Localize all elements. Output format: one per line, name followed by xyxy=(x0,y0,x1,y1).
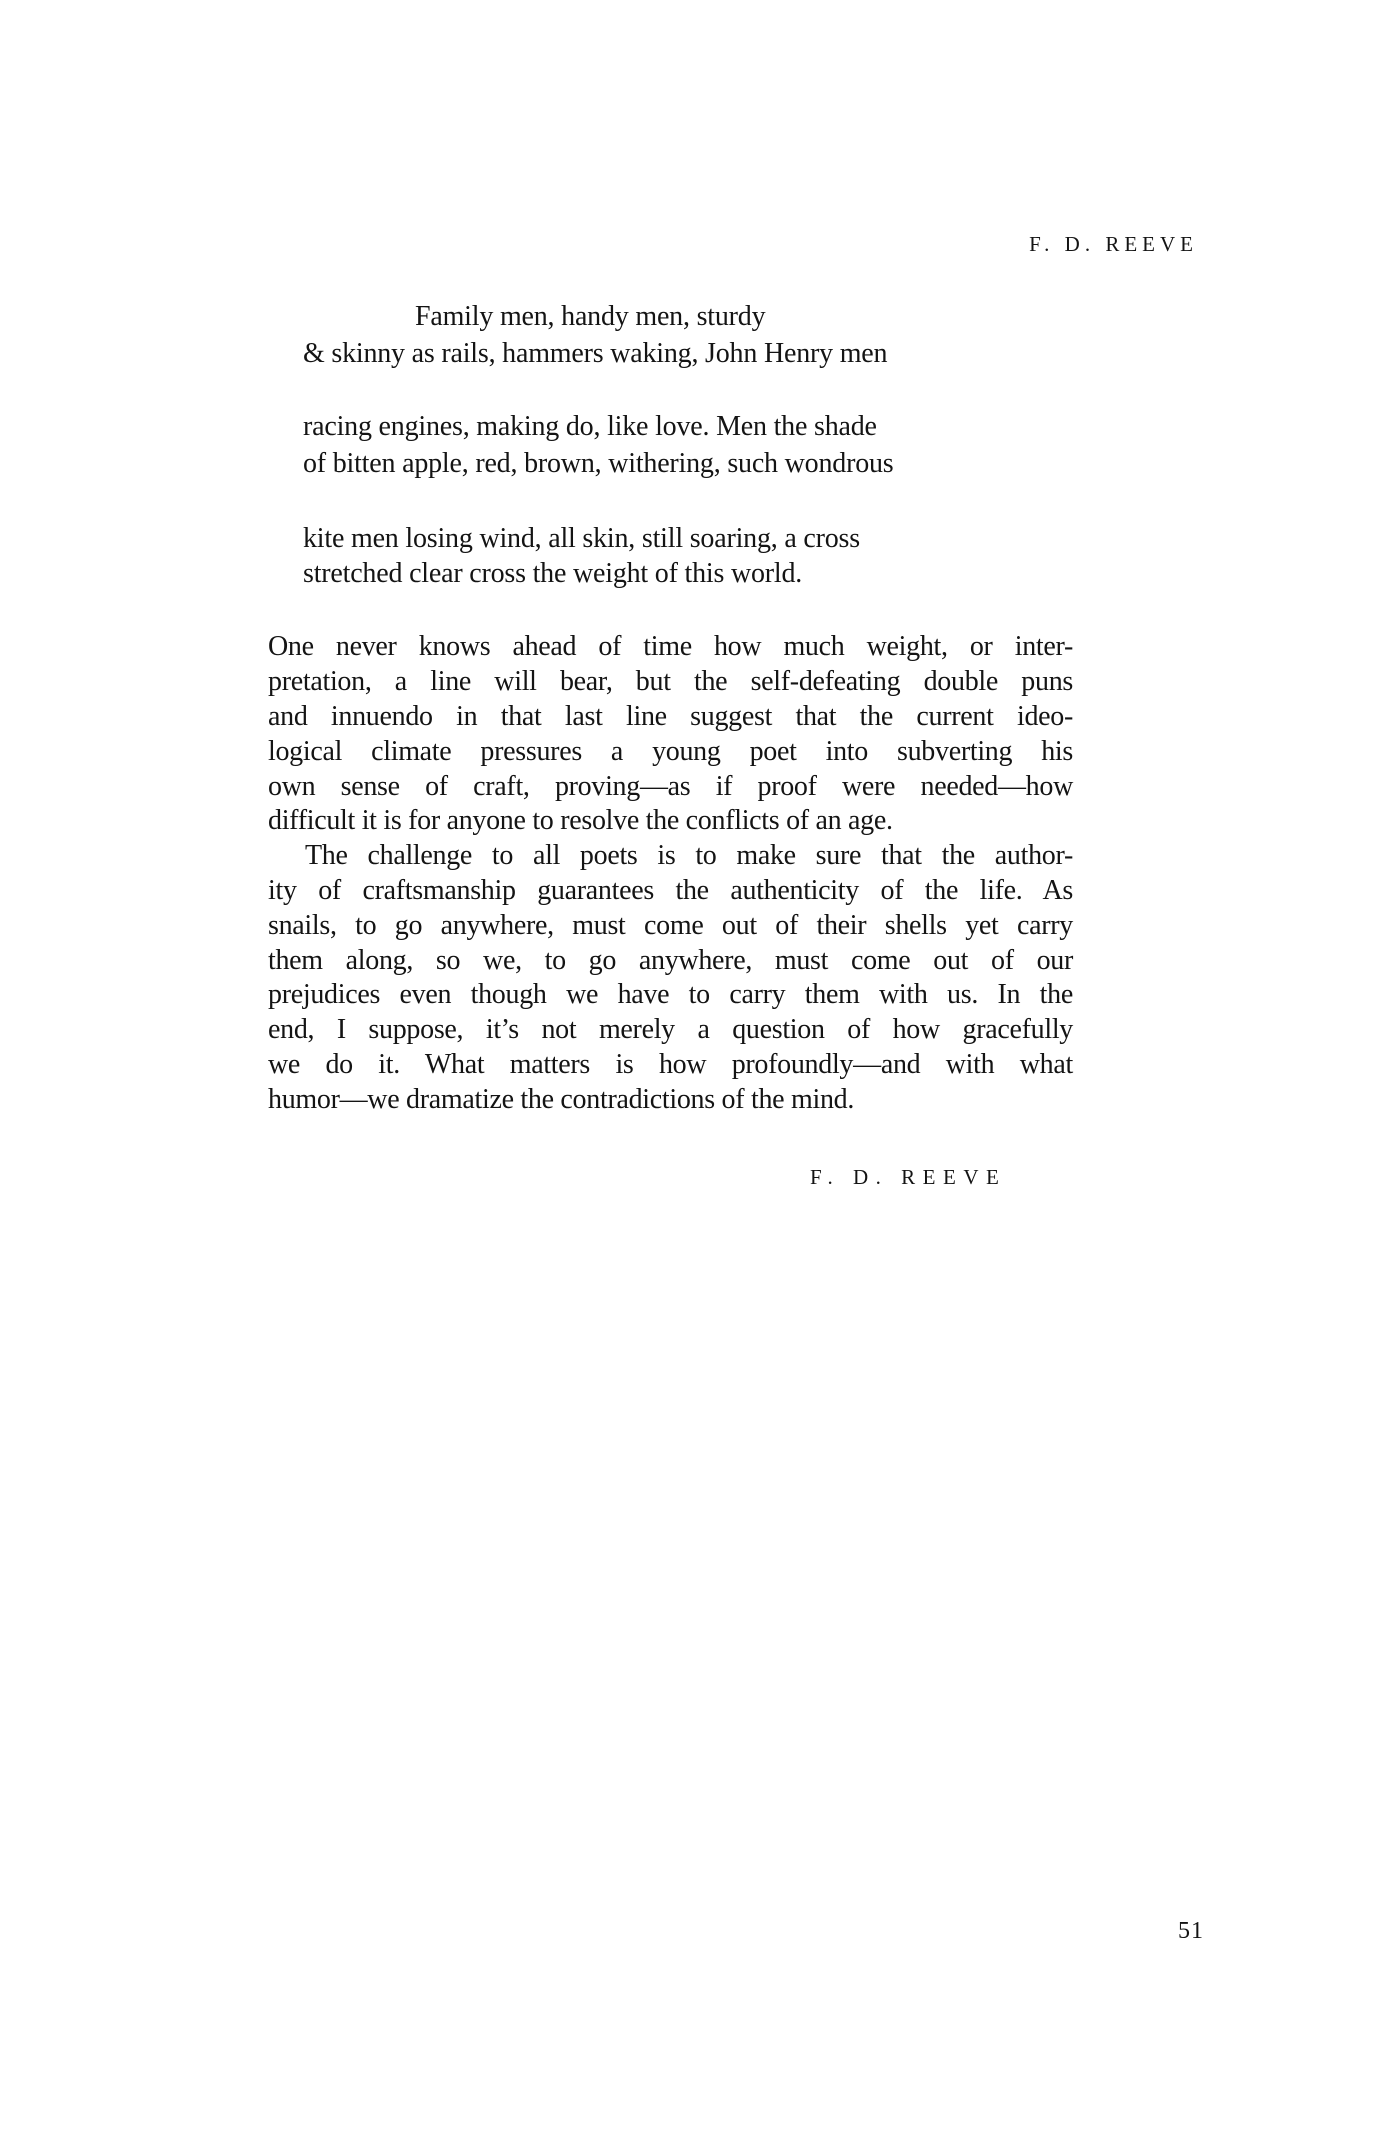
prose-line: snails, to go anywhere, must come out of… xyxy=(268,909,1073,943)
prose-line: ity of craftsmanship guarantees the auth… xyxy=(268,874,1073,908)
poem-line: racing engines, making do, like love. Me… xyxy=(303,410,877,444)
poem-line: Family men, handy men, sturdy xyxy=(415,300,765,334)
prose-line: The challenge to all poets is to make su… xyxy=(305,839,1073,873)
prose-line: prejudices even though we have to carry … xyxy=(268,978,1073,1012)
prose-line: pretation, a line will bear, but the sel… xyxy=(268,665,1073,699)
prose-line: end, I suppose, it’s not merely a questi… xyxy=(268,1013,1073,1047)
prose-line: them along, so we, to go anywhere, must … xyxy=(268,944,1073,978)
prose-line: humor—we dramatize the contradictions of… xyxy=(268,1083,1073,1117)
running-head: F. D. REEVE xyxy=(960,231,1198,257)
page-number: 51 xyxy=(1178,1918,1204,1944)
prose-line: we do it. What matters is how profoundly… xyxy=(268,1048,1073,1082)
author-signature: F. D. REEVE xyxy=(810,1164,1046,1190)
poem-line: kite men losing wind, all skin, still so… xyxy=(303,522,860,556)
poem-line: stretched clear cross the weight of this… xyxy=(303,557,802,591)
poem-line: & skinny as rails, hammers waking, John … xyxy=(303,337,887,371)
poem-line: of bitten apple, red, brown, withering, … xyxy=(303,447,894,481)
prose-line: own sense of craft, proving—as if proof … xyxy=(268,770,1073,804)
prose-line: One never knows ahead of time how much w… xyxy=(268,630,1073,664)
prose-line: difficult it is for anyone to resolve th… xyxy=(268,804,1073,838)
prose-line: logical climate pressures a young poet i… xyxy=(268,735,1073,769)
prose-line: and innuendo in that last line suggest t… xyxy=(268,700,1073,734)
